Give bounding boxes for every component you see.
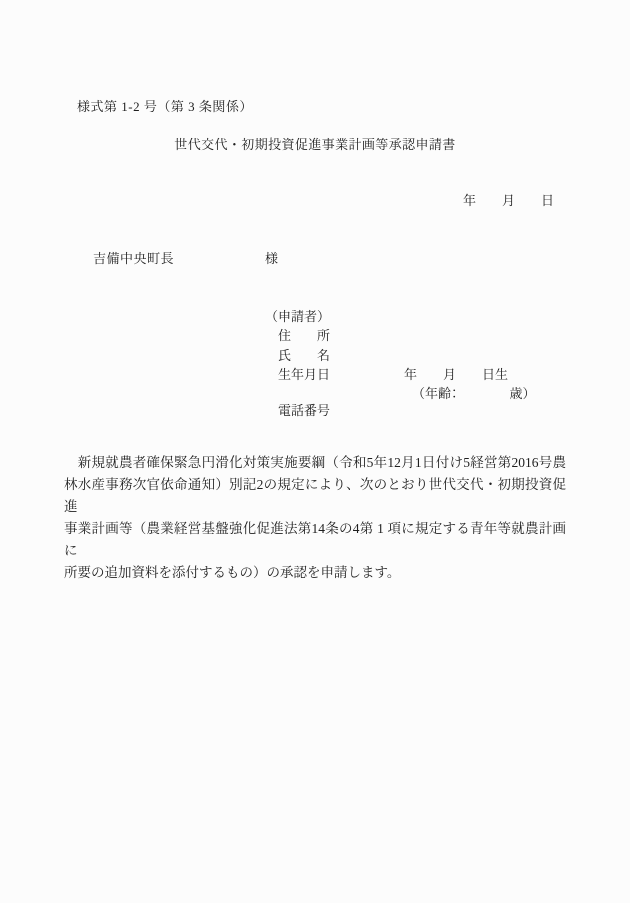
applicant-birthdate-blank: 年 月 日生 bbox=[404, 364, 508, 383]
date-blank-line: 年 月 日 bbox=[463, 190, 554, 209]
addressee-name: 吉備中央町長 bbox=[93, 248, 174, 267]
applicant-name-label: 氏 名 bbox=[278, 345, 330, 364]
body-line-2: 林水産事務次官依命通知）別記2の規定により、次のとおり世代交代・初期投資促進 bbox=[64, 474, 566, 518]
body-paragraph: 新規就農者確保緊急円滑化対策実施要綱（令和5年12月1日付け5経営第2016号農… bbox=[64, 452, 566, 584]
body-line-4: 所要の追加資料を添付するもの）の承認を申請します。 bbox=[64, 562, 566, 584]
page-title: 世代交代・初期投資促進事業計画等承認申請書 bbox=[0, 134, 630, 153]
applicant-phone-label: 電話番号 bbox=[278, 400, 330, 419]
applicant-birthdate-label: 生年月日 bbox=[278, 364, 330, 383]
applicant-section-heading: （申請者） bbox=[265, 306, 330, 325]
body-line-3: 事業計画等（農業経営基盤強化促進法第14条の4第 1 項に規定する青年等就農計画… bbox=[64, 518, 566, 562]
document-page: 様式第 1-2 号（第 3 条関係） 世代交代・初期投資促進事業計画等承認申請書… bbox=[0, 0, 630, 903]
form-number: 様式第 1-2 号（第 3 条関係） bbox=[77, 96, 253, 115]
addressee-honorific: 様 bbox=[265, 248, 278, 267]
body-line-1: 新規就農者確保緊急円滑化対策実施要綱（令和5年12月1日付け5経営第2016号農 bbox=[64, 452, 566, 474]
applicant-address-label: 住 所 bbox=[278, 325, 330, 344]
applicant-age-blank: （年齢： 歳） bbox=[412, 383, 536, 402]
